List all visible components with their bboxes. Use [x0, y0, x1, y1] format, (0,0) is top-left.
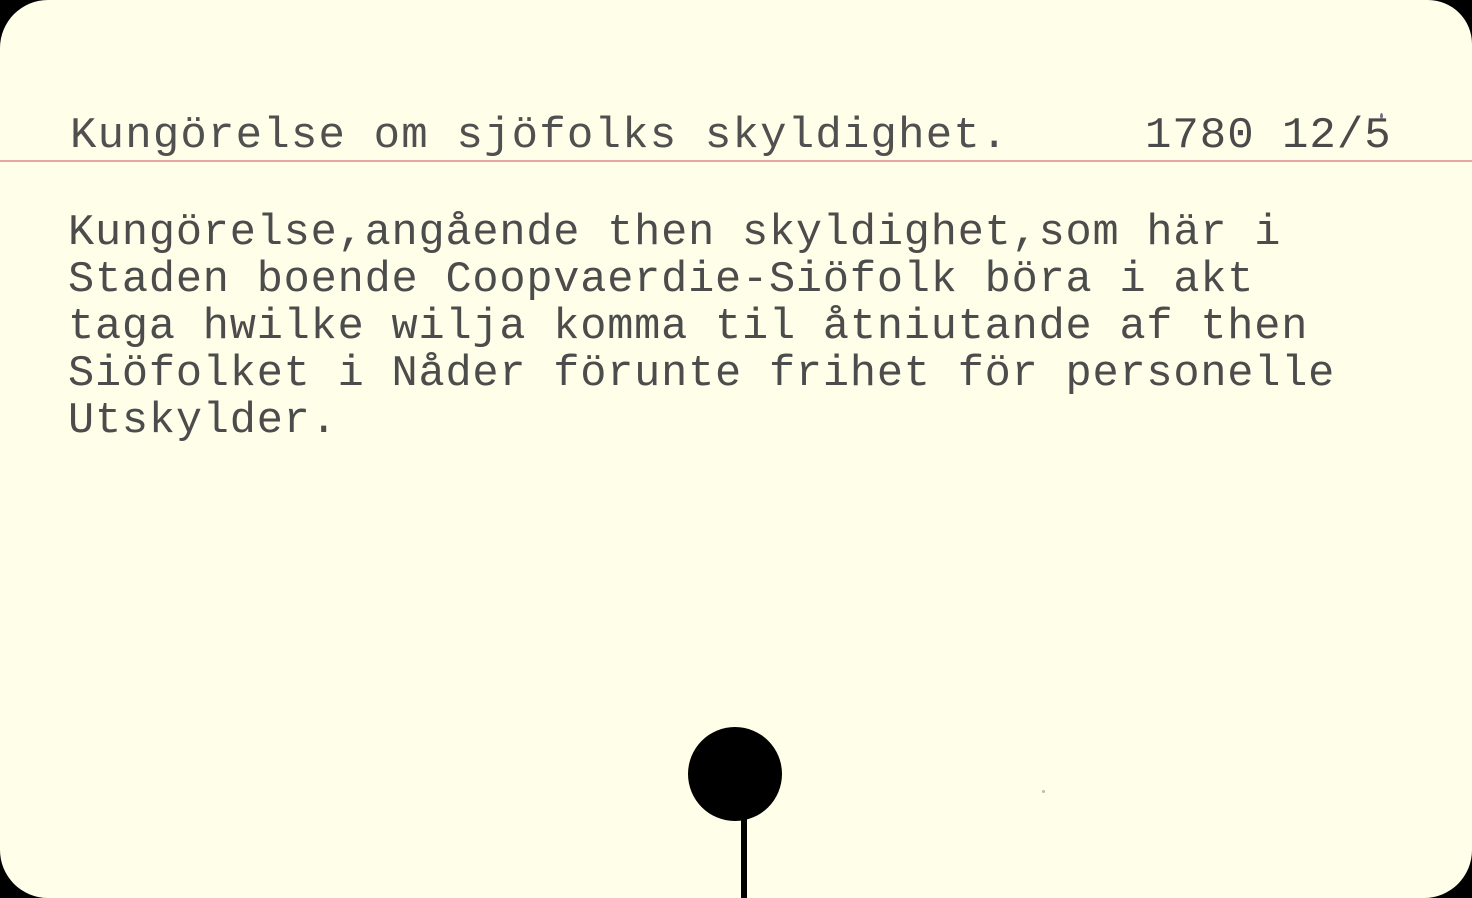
card-date: 1780 12/5: [1145, 108, 1392, 164]
body-line: Utskylder.: [68, 398, 1468, 445]
index-card: Kungörelse om sjöfolks skyldighet. 1780 …: [0, 0, 1472, 898]
header-rule: [0, 160, 1472, 162]
body-line: taga hwilke wilja komma til åtniutande a…: [68, 304, 1468, 351]
paper-speck: [1380, 113, 1383, 119]
punch-hole-icon: [688, 727, 782, 821]
card-body: Kungörelse,angående then skyldighet,som …: [68, 210, 1468, 445]
body-line: Kungörelse,angående then skyldighet,som …: [68, 210, 1468, 257]
paper-speck: [1042, 790, 1045, 793]
body-line: Staden boende Coopvaerdie-Siöfolk böra i…: [68, 257, 1468, 304]
punch-slot: [741, 812, 747, 898]
body-line: Siöfolket i Nåder förunte frihet för per…: [68, 351, 1468, 398]
card-title: Kungörelse om sjöfolks skyldighet.: [70, 108, 1009, 164]
